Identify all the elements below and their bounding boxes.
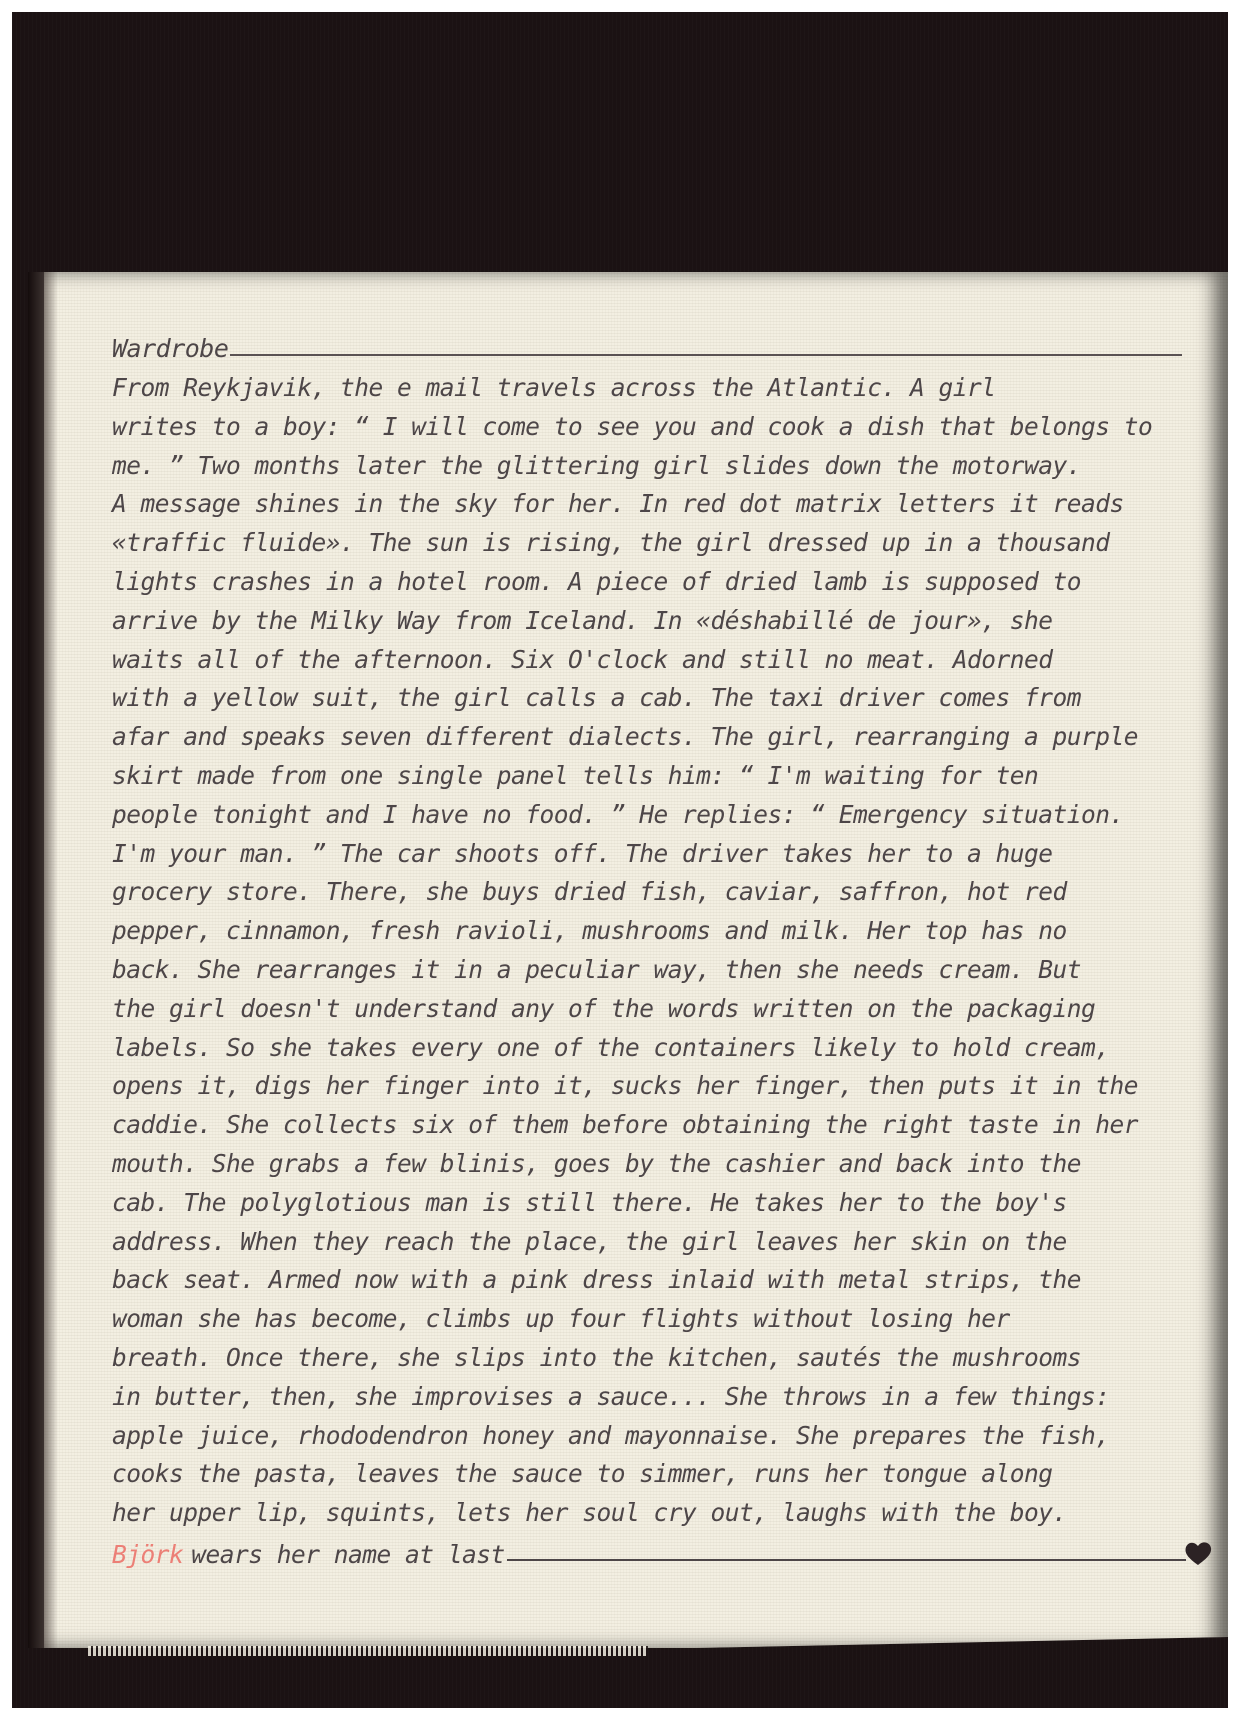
text-line: waits all of the afternoon. Six O'clock … <box>112 641 1192 680</box>
text-line: opens it, digs her finger into it, sucks… <box>112 1067 1192 1106</box>
text-line: skirt made from one single panel tells h… <box>112 757 1192 796</box>
title-row: Wardrobe <box>112 330 1182 364</box>
title-underline-rule <box>230 354 1182 356</box>
text-line: woman she has become, climbs up four fli… <box>112 1300 1192 1339</box>
closing-text: wears her name at last <box>191 1538 505 1572</box>
text-line: grocery store. There, she buys dried fis… <box>112 873 1192 912</box>
page-edge-shadow <box>28 272 58 1648</box>
text-line: apple juice, rhododendron honey and mayo… <box>112 1417 1192 1456</box>
text-line: back seat. Armed now with a pink dress i… <box>112 1261 1192 1300</box>
bjork-name: Björk <box>112 1538 183 1572</box>
story-text: From Reykjavik, the e mail travels acros… <box>112 369 1192 1533</box>
closing-line: Björk wears her name at last <box>112 1534 1212 1572</box>
text-line: cooks the pasta, leaves the sauce to sim… <box>112 1455 1192 1494</box>
text-line: afar and speaks seven different dialects… <box>112 718 1192 757</box>
closing-underline-rule <box>507 1559 1186 1561</box>
text-line: back. She rearranges it in a peculiar wa… <box>112 951 1192 990</box>
text-line: «traffic fluide». The sun is rising, the… <box>112 524 1192 563</box>
text-line: mouth. She grabs a few blinis, goes by t… <box>112 1145 1192 1184</box>
text-line: her upper lip, squints, lets her soul cr… <box>112 1494 1192 1533</box>
text-line: From Reykjavik, the e mail travels acros… <box>112 369 1192 408</box>
heart-icon <box>1184 1540 1212 1566</box>
text-line: me. ” Two months later the glittering gi… <box>112 447 1192 486</box>
text-line: A message shines in the sky for her. In … <box>112 485 1192 524</box>
text-line: writes to a boy: “ I will come to see yo… <box>112 408 1192 447</box>
text-line: labels. So she takes every one of the co… <box>112 1029 1192 1068</box>
text-line: cab. The polyglotious man is still there… <box>112 1184 1192 1223</box>
text-line: I'm your man. ” The car shoots off. The … <box>112 835 1192 874</box>
page-title: Wardrobe <box>112 334 228 364</box>
text-line: caddie. She collects six of them before … <box>112 1106 1192 1145</box>
text-line: lights crashes in a hotel room. A piece … <box>112 563 1192 602</box>
text-line: the girl doesn't understand any of the w… <box>112 990 1192 1029</box>
text-line: arrive by the Milky Way from Iceland. In… <box>112 602 1192 641</box>
text-line: in butter, then, she improvises a sauce.… <box>112 1378 1192 1417</box>
text-line: pepper, cinnamon, fresh ravioli, mushroo… <box>112 912 1192 951</box>
text-line: breath. Once there, she slips into the k… <box>112 1339 1192 1378</box>
text-line: address. When they reach the place, the … <box>112 1223 1192 1262</box>
text-line: people tonight and I have no food. ” He … <box>112 796 1192 835</box>
fabric-selvage-edge <box>88 1646 648 1656</box>
text-line: with a yellow suit, the girl calls a cab… <box>112 679 1192 718</box>
